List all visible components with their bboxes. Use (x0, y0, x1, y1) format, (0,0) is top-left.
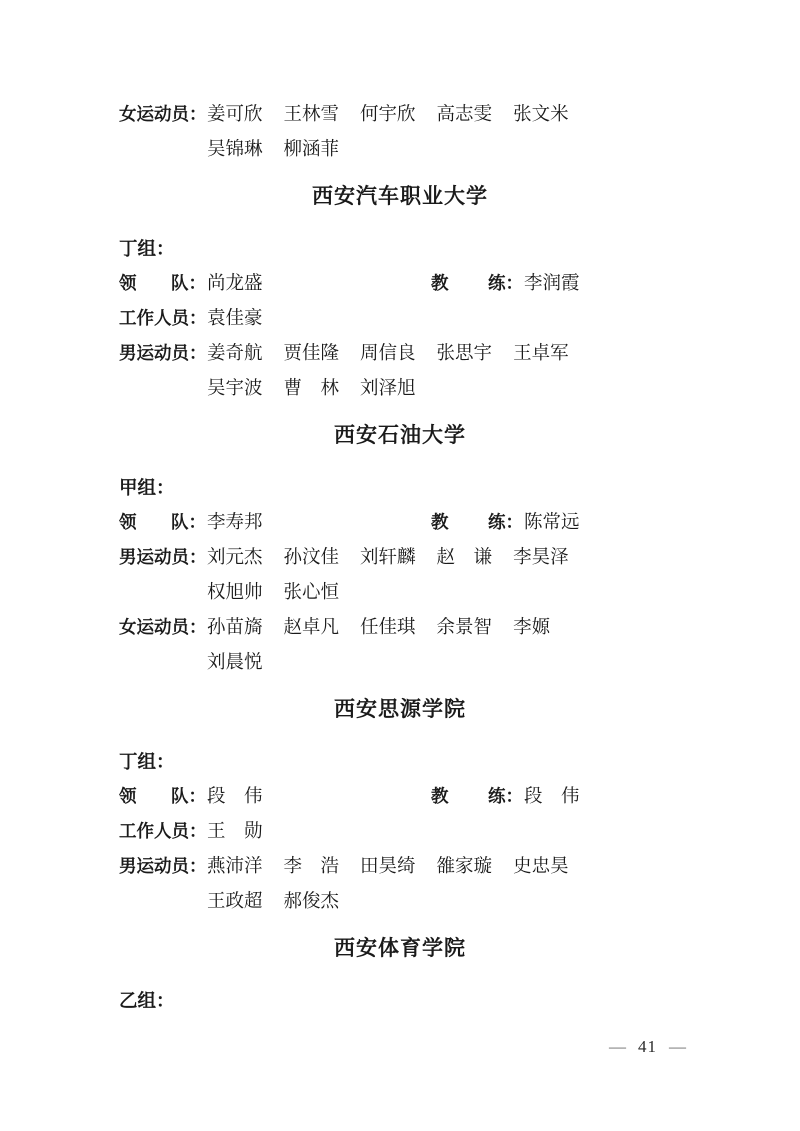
staff-row: 工作人员： 袁佳豪 (119, 302, 681, 337)
athlete-name: 余景智 (437, 611, 493, 646)
leader-label-part: 队： (171, 506, 206, 541)
coach-label-part: 教 (431, 506, 449, 541)
athlete-name: 刘泽旭 (360, 372, 416, 407)
document-page: 女运动员： 姜可欣 王林雪 何宇欣 高志雯 张文米 吴锦琳 柳涵菲 西安汽车职业… (0, 0, 800, 1131)
leader-label: 领队： (119, 506, 207, 541)
names-line: 权旭帅 张心恒 (207, 576, 569, 611)
leader-label-part: 领 (119, 780, 137, 815)
athlete-name: 孙汶佳 (284, 541, 340, 576)
coach-label: 教练： (431, 267, 524, 302)
leader-name: 李寿邦 (207, 506, 431, 541)
names-line: 姜奇航 贾佳隆 周信良 张思宇 王卓军 (207, 337, 569, 372)
athlete-name: 赵 谦 (437, 541, 493, 576)
coach-label: 教练： (431, 780, 524, 815)
staff-label: 工作人员： (119, 815, 207, 850)
group-label: 丁组： (119, 745, 681, 780)
athlete-name: 李嫄 (513, 611, 550, 646)
university-title: 西安体育学院 (119, 930, 681, 966)
athlete-name: 王卓军 (513, 337, 569, 372)
male-athletes-row: 男运动员： 燕沛洋 李 浩 田昊绮 雒家璇 史忠昊 王政超 郝俊杰 (119, 850, 681, 920)
staff-label: 工作人员： (119, 302, 207, 337)
leader-label-part: 队： (171, 267, 206, 302)
group-label: 乙组： (119, 984, 681, 1019)
athlete-name: 姜可欣 (207, 98, 263, 133)
athlete-name: 高志雯 (437, 98, 493, 133)
leader-label: 领队： (119, 780, 207, 815)
leader-coach-row: 领队： 尚龙盛 教练： 李润霞 (119, 267, 681, 302)
names-line: 燕沛洋 李 浩 田昊绮 雒家璇 史忠昊 (207, 850, 569, 885)
athlete-name: 吴锦琳 (207, 133, 263, 168)
coach-label-part: 练： (488, 267, 523, 302)
athlete-name: 张文米 (513, 98, 569, 133)
coach-label-part: 教 (431, 780, 449, 815)
page-number-dash: — (669, 1036, 686, 1058)
male-athletes-label: 男运动员： (119, 850, 207, 885)
leader-coach-row: 领队： 段 伟 教练： 段 伟 (119, 780, 681, 815)
male-athletes-names: 刘元杰 孙汶佳 刘轩麟 赵 谦 李昊泽 权旭帅 张心恒 (207, 541, 569, 611)
athlete-name: 周信良 (360, 337, 416, 372)
athlete-name: 李昊泽 (513, 541, 569, 576)
page-number-value: 41 (638, 1036, 657, 1058)
athlete-name: 郝俊杰 (284, 885, 340, 920)
athlete-name: 任佳琪 (360, 611, 416, 646)
male-athletes-row: 男运动员： 姜奇航 贾佳隆 周信良 张思宇 王卓军 吴宇波 曹 林 刘泽旭 (119, 337, 681, 407)
athlete-name: 何宇欣 (360, 98, 416, 133)
female-athletes-row: 女运动员： 姜可欣 王林雪 何宇欣 高志雯 张文米 吴锦琳 柳涵菲 (119, 98, 681, 168)
university-title: 西安思源学院 (119, 691, 681, 727)
athlete-name: 赵卓凡 (284, 611, 340, 646)
names-line: 吴锦琳 柳涵菲 (207, 133, 569, 168)
athlete-name: 孙苗旖 (207, 611, 263, 646)
page-content: 女运动员： 姜可欣 王林雪 何宇欣 高志雯 张文米 吴锦琳 柳涵菲 西安汽车职业… (119, 98, 681, 1019)
athlete-name: 刘元杰 (207, 541, 263, 576)
female-athletes-label: 女运动员： (119, 611, 207, 646)
coach-name: 李润霞 (524, 267, 580, 302)
athlete-name: 张心恒 (284, 576, 340, 611)
names-line: 刘元杰 孙汶佳 刘轩麟 赵 谦 李昊泽 (207, 541, 569, 576)
athlete-name: 史忠昊 (513, 850, 569, 885)
names-line: 刘晨悦 (207, 646, 550, 681)
staff-name: 王 勋 (207, 815, 263, 850)
leader-name: 段 伟 (207, 780, 431, 815)
coach-label-part: 练： (488, 506, 523, 541)
male-athletes-row: 男运动员： 刘元杰 孙汶佳 刘轩麟 赵 谦 李昊泽 权旭帅 张心恒 (119, 541, 681, 611)
athlete-name: 刘轩麟 (360, 541, 416, 576)
athlete-name: 张思宇 (437, 337, 493, 372)
page-number-dash: — (609, 1036, 626, 1058)
female-athletes-row: 女运动员： 孙苗旖 赵卓凡 任佳琪 余景智 李嫄 刘晨悦 (119, 611, 681, 681)
athlete-name: 田昊绮 (360, 850, 416, 885)
athlete-name: 雒家璇 (437, 850, 493, 885)
athlete-name: 刘晨悦 (207, 646, 263, 681)
leader-label-part: 领 (119, 267, 137, 302)
coach-label-part: 教 (431, 267, 449, 302)
names-line: 吴宇波 曹 林 刘泽旭 (207, 372, 569, 407)
coach-label: 教练： (431, 506, 524, 541)
male-athletes-label: 男运动员： (119, 541, 207, 576)
staff-row: 工作人员： 王 勋 (119, 815, 681, 850)
university-title: 西安汽车职业大学 (119, 178, 681, 214)
leader-coach-row: 领队： 李寿邦 教练： 陈常远 (119, 506, 681, 541)
male-athletes-label: 男运动员： (119, 337, 207, 372)
athlete-name: 王林雪 (284, 98, 340, 133)
names-line: 王政超 郝俊杰 (207, 885, 569, 920)
athlete-name: 贾佳隆 (284, 337, 340, 372)
coach-name: 段 伟 (524, 780, 580, 815)
female-athletes-label: 女运动员： (119, 98, 207, 133)
leader-label: 领队： (119, 267, 207, 302)
university-title: 西安石油大学 (119, 417, 681, 453)
leader-name: 尚龙盛 (207, 267, 431, 302)
leader-label-part: 队： (171, 780, 206, 815)
male-athletes-names: 燕沛洋 李 浩 田昊绮 雒家璇 史忠昊 王政超 郝俊杰 (207, 850, 569, 920)
athlete-name: 李 浩 (284, 850, 340, 885)
male-athletes-names: 姜奇航 贾佳隆 周信良 张思宇 王卓军 吴宇波 曹 林 刘泽旭 (207, 337, 569, 407)
coach-name: 陈常远 (524, 506, 580, 541)
athlete-name: 柳涵菲 (284, 133, 340, 168)
staff-name: 袁佳豪 (207, 302, 263, 337)
page-number: — 41 — (609, 1036, 686, 1058)
names-line: 孙苗旖 赵卓凡 任佳琪 余景智 李嫄 (207, 611, 550, 646)
female-athletes-names: 孙苗旖 赵卓凡 任佳琪 余景智 李嫄 刘晨悦 (207, 611, 550, 681)
female-athletes-names: 姜可欣 王林雪 何宇欣 高志雯 张文米 吴锦琳 柳涵菲 (207, 98, 569, 168)
athlete-name: 王政超 (207, 885, 263, 920)
group-label: 甲组： (119, 471, 681, 506)
athlete-name: 姜奇航 (207, 337, 263, 372)
coach-label-part: 练： (488, 780, 523, 815)
athlete-name: 曹 林 (284, 372, 340, 407)
names-line: 姜可欣 王林雪 何宇欣 高志雯 张文米 (207, 98, 569, 133)
athlete-name: 燕沛洋 (207, 850, 263, 885)
leader-label-part: 领 (119, 506, 137, 541)
athlete-name: 吴宇波 (207, 372, 263, 407)
group-label: 丁组： (119, 232, 681, 267)
athlete-name: 权旭帅 (207, 576, 263, 611)
